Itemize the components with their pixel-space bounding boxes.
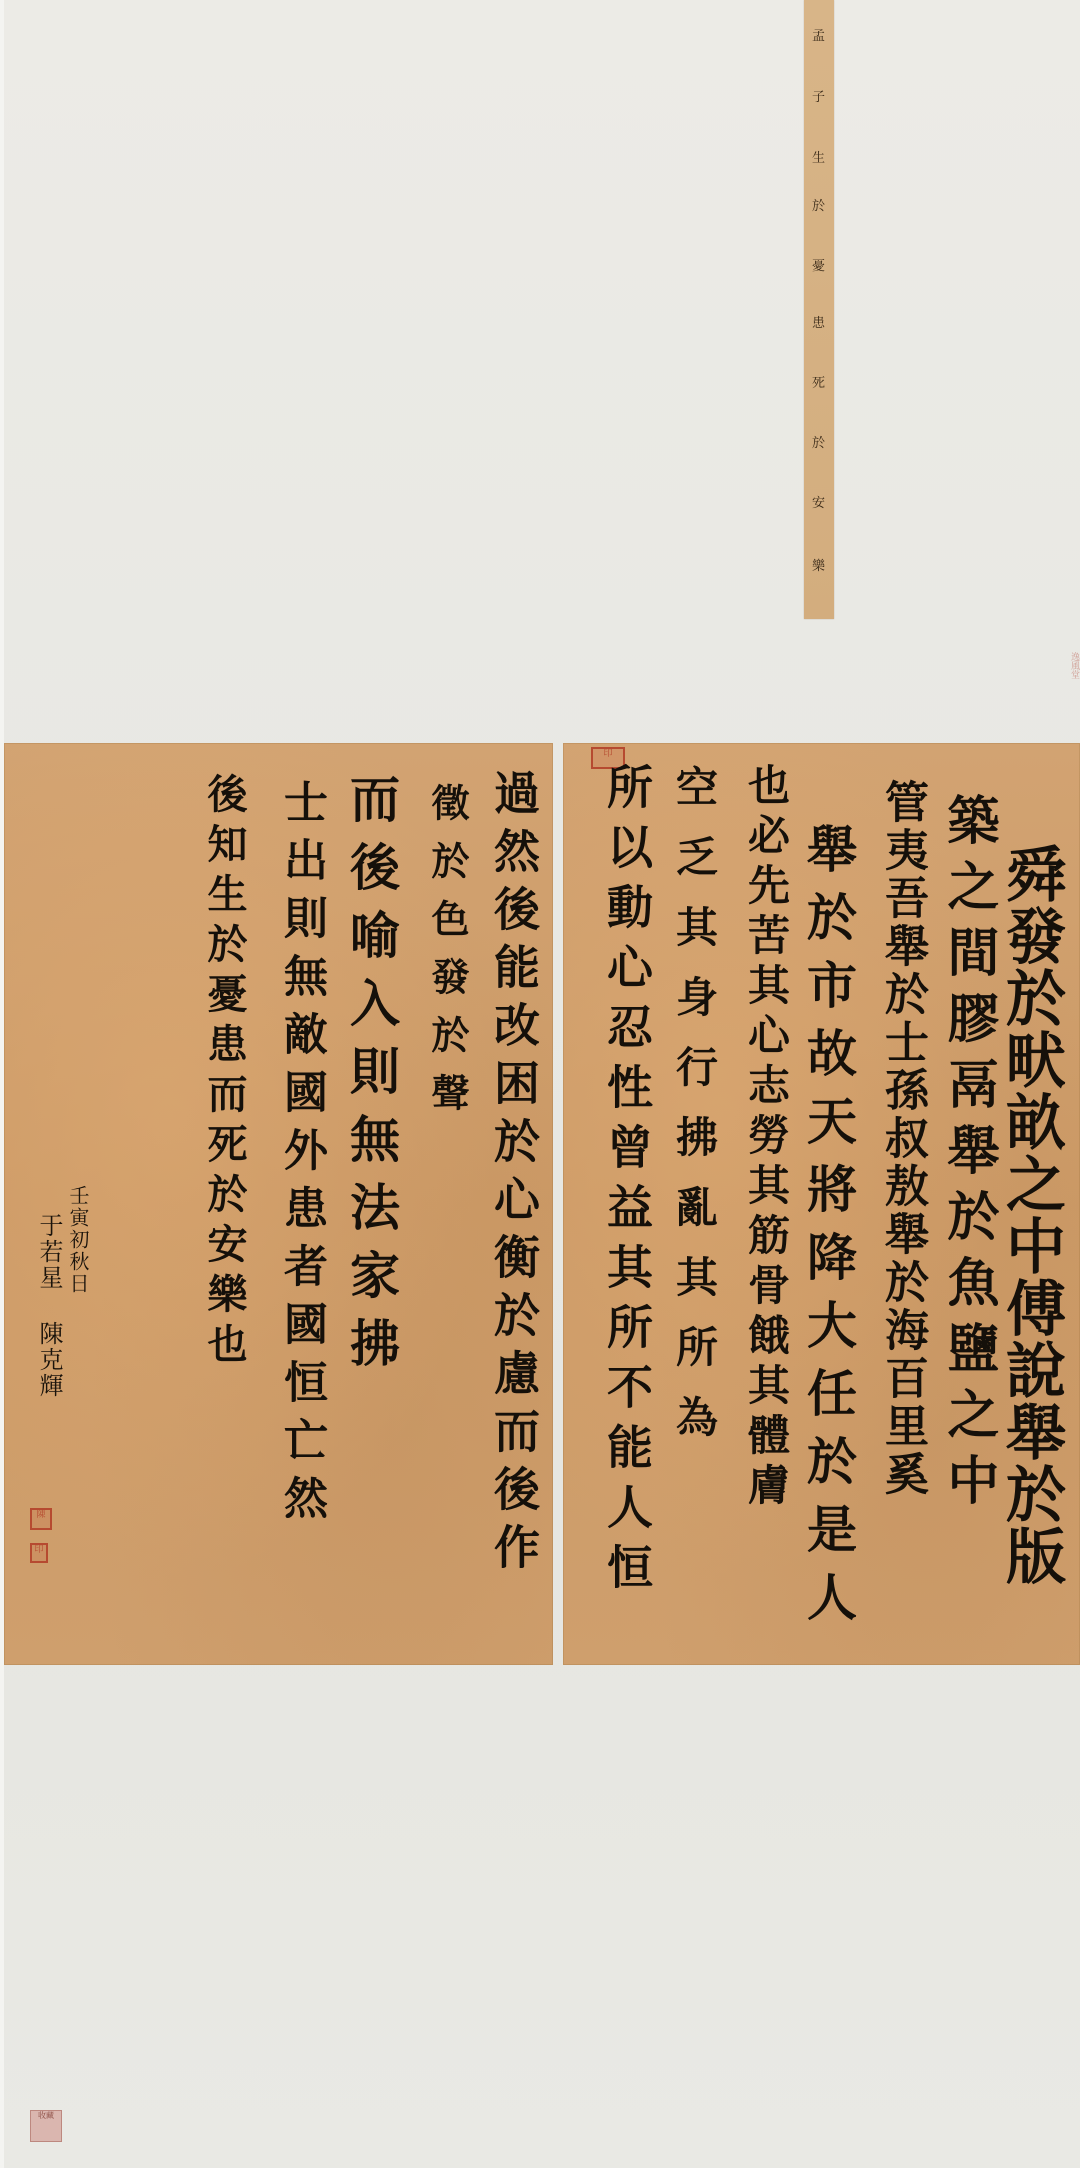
title-char: 生 (812, 152, 825, 165)
title-char: 孟 (812, 30, 825, 43)
calligraphy-column: 管夷吾舉於士孫叔敖舉於海百里奚 (870, 779, 934, 1499)
title-strip: 孟 子 生 於 憂 患 死 於 安 樂 (804, 0, 834, 619)
mount-seal: 收藏 (30, 2110, 62, 2142)
title-char: 於 (812, 200, 825, 213)
calligraphy-column: 徵於色發於聲 (420, 783, 475, 1131)
title-char: 樂 (812, 560, 825, 573)
calligraphy-column: 空乏其身行拂亂其所為 (664, 765, 724, 1465)
signature-author: 于若星 陳克輝 (32, 1213, 67, 1399)
title-char: 於 (812, 437, 825, 450)
title-char: 憂 (812, 260, 825, 273)
calligraphy-column: 也必先苦其心志勞其筋骨餓其體膚 (736, 763, 796, 1513)
title-char: 死 (812, 377, 825, 390)
calligraphy-panel-right: 印 舜發於畎畝之中傅說舉於版 築之間膠鬲舉於魚鹽之中 管夷吾舉於士孫叔敖舉於海百… (563, 743, 1080, 1665)
calligraphy-column: 過然後能改困於心衡於慮而後作 (481, 769, 547, 1581)
collector-seal: 逸風堂 (1062, 652, 1080, 714)
calligraphy-panel-left: 過然後能改困於心衡於慮而後作 徵於色發於聲 而後喻入則無法家拂 士出則無敵國外患… (4, 743, 553, 1665)
artist-seal: 印 (30, 1543, 48, 1563)
title-char: 患 (812, 317, 825, 330)
title-char: 安 (812, 497, 825, 510)
calligraphy-column: 舉於市故天將降大任於是人 (792, 823, 864, 1639)
signature-date: 壬寅初秋日 (64, 1185, 93, 1295)
calligraphy-column: 而後喻入則無法家拂 (335, 773, 407, 1385)
scroll-mount: 孟 子 生 於 憂 患 死 於 安 樂 逸風堂 印 舜發於畎畝之中傅說舉於版 築… (0, 0, 1080, 2168)
calligraphy-column: 士出則無敵國外患者國恒亡然 (269, 779, 333, 1533)
calligraphy-column: 所以動心忍性曾益其所不能人恒 (594, 763, 660, 1603)
calligraphy-column: 築之間膠鬲舉於魚鹽之中 (931, 793, 1006, 1519)
title-char: 子 (812, 91, 825, 104)
calligraphy-column: 後知生於憂患而死於安樂也 (196, 773, 253, 1373)
artist-seal: 陳 (30, 1508, 52, 1530)
